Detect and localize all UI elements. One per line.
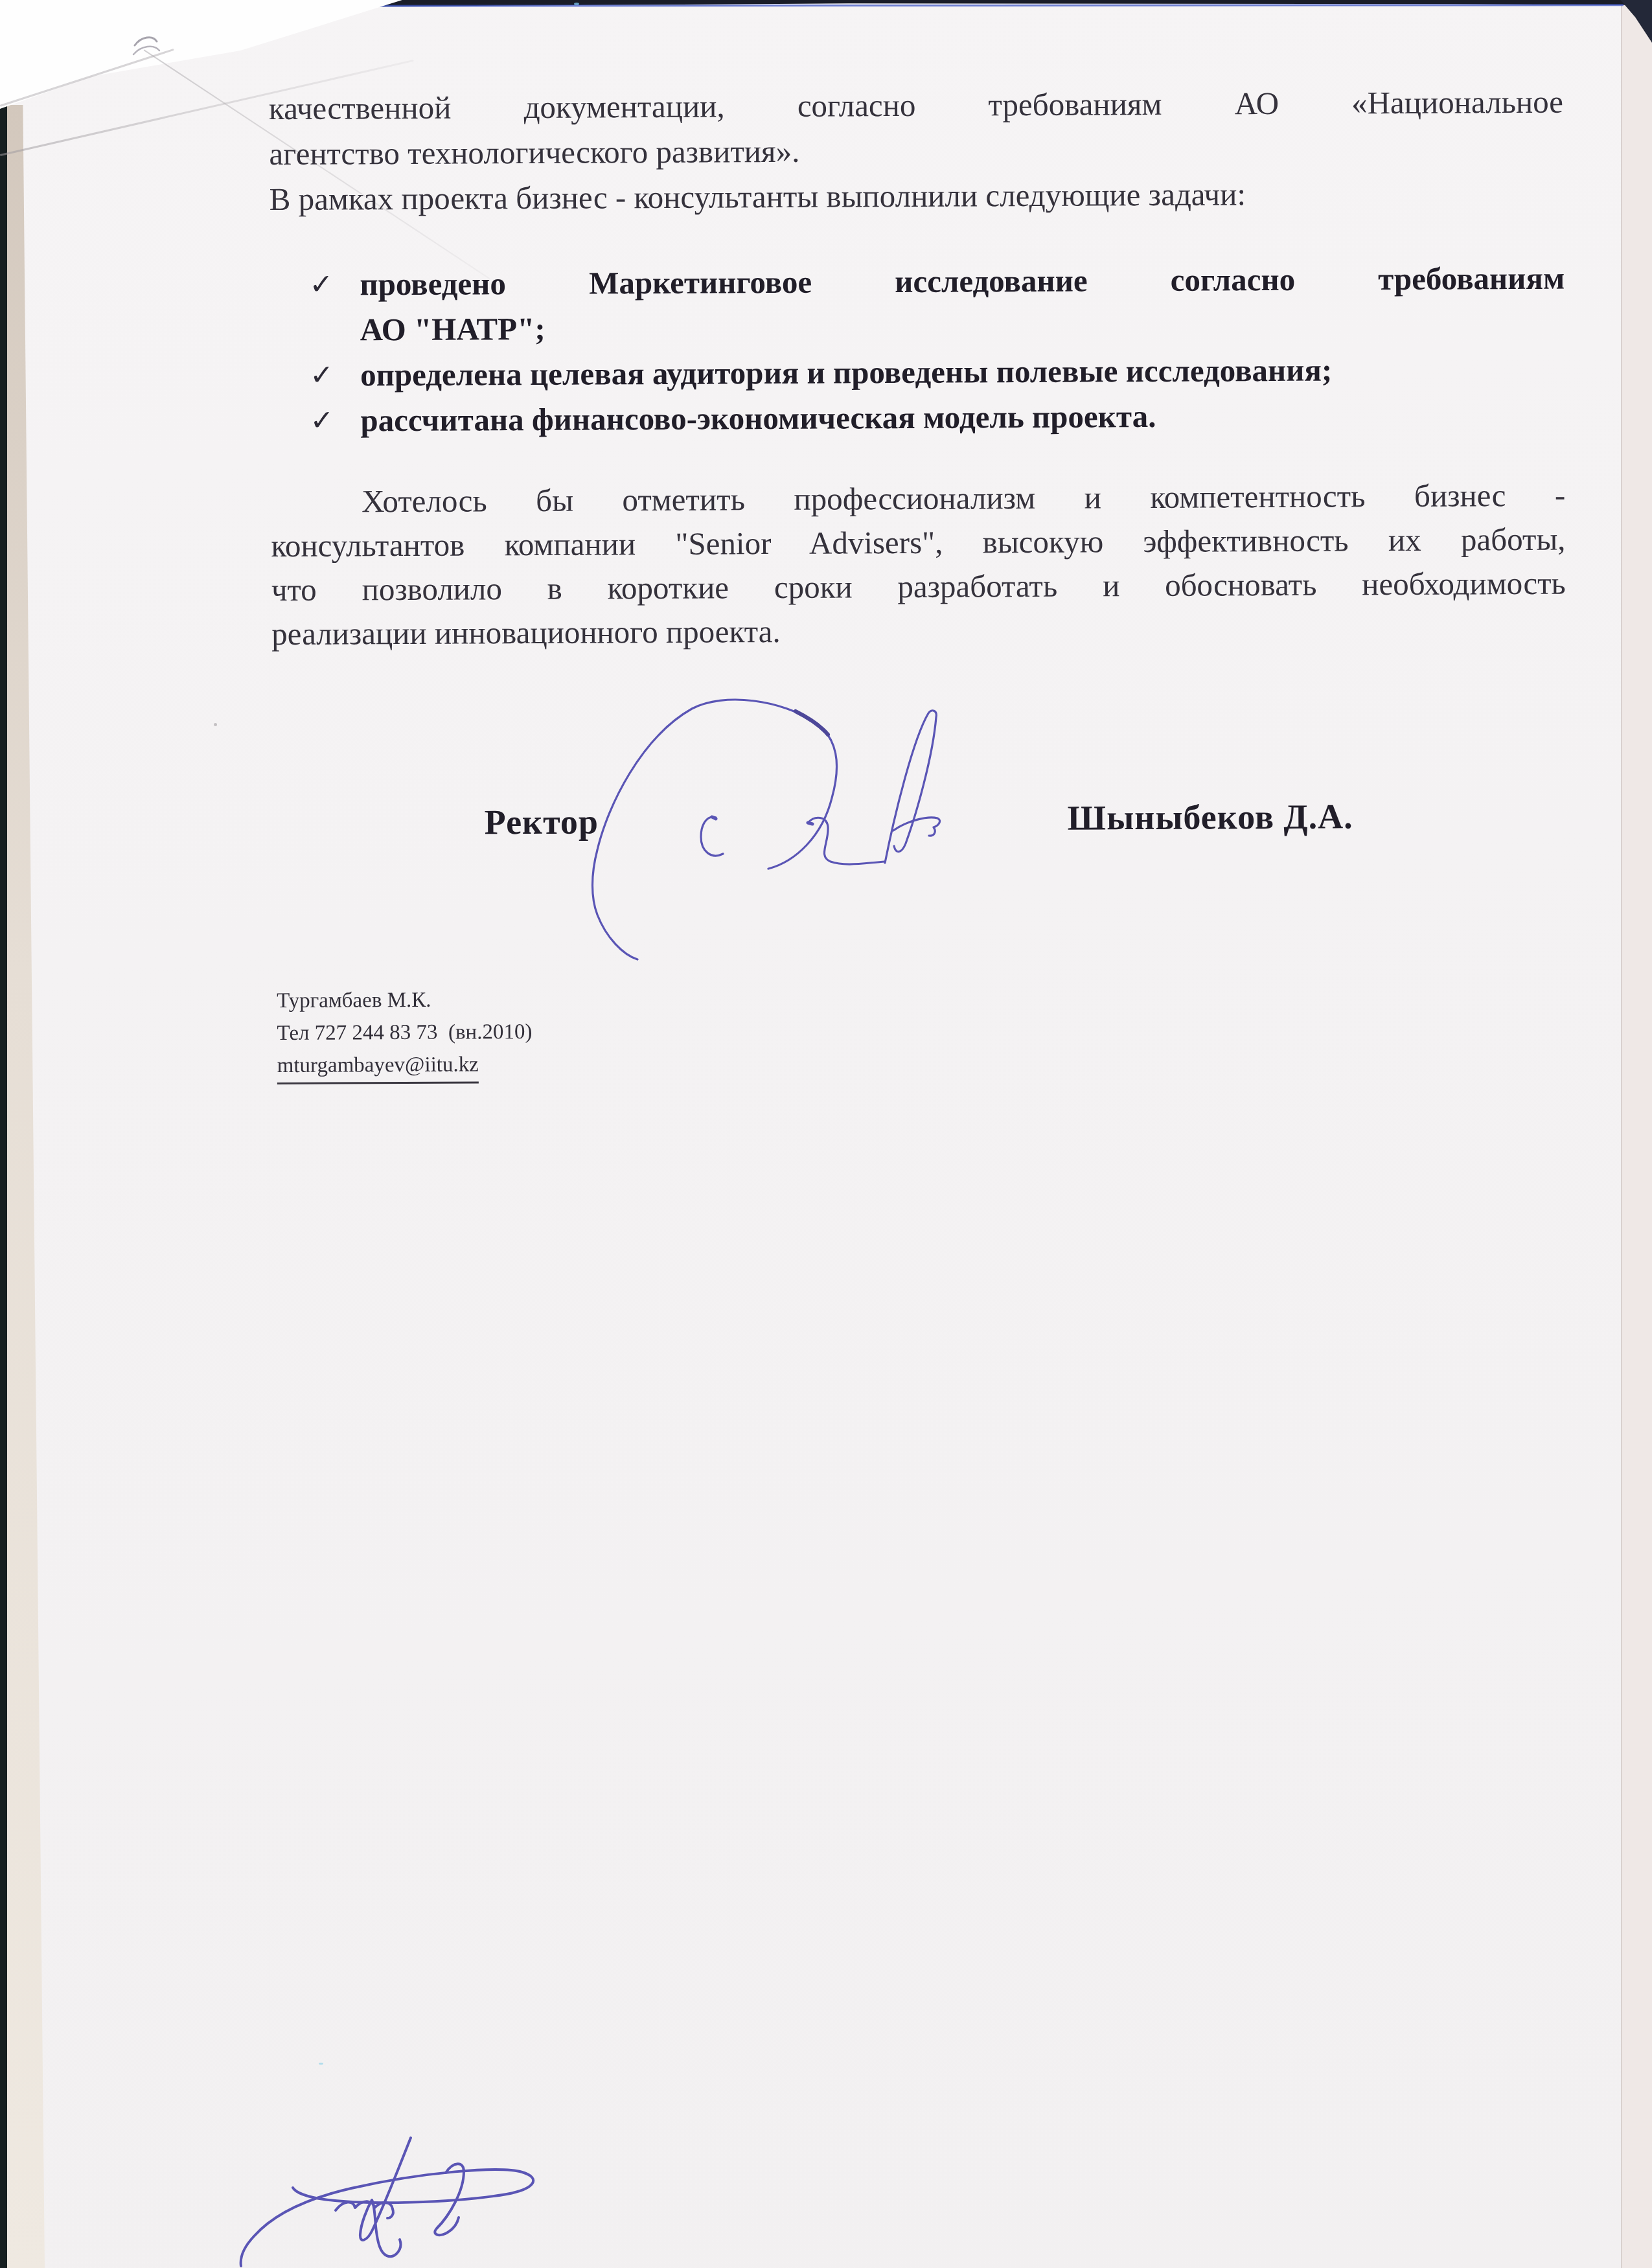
- task-text: АО "НАТР";: [360, 311, 545, 347]
- task-item-continuation: АО "НАТР";: [306, 301, 1565, 353]
- paragraph-line: консультантов компании "Senior Advisers"…: [271, 518, 1565, 568]
- contact-block: Тургамбаев М.К. Тел 727 244 83 73 (вн.20…: [277, 983, 533, 1084]
- scanned-letter-page: качественной документации, согласно треб…: [0, 0, 1652, 2268]
- paragraph-line: что позволило в короткие сроки разработа…: [271, 562, 1566, 612]
- task-item: ✓ рассчитана финансово-экономическая мод…: [306, 392, 1565, 444]
- paragraph-line: качественной документации, согласно треб…: [269, 80, 1563, 132]
- checkmark-icon: ✓: [309, 262, 333, 308]
- checkmark-icon: ✓: [310, 398, 334, 444]
- task-text: определена целевая аудитория и проведены…: [360, 352, 1332, 393]
- task-text: проведено Маркетинговое исследование сог…: [360, 260, 1565, 303]
- signatory-name: Шыныбеков Д.А.: [1068, 796, 1353, 838]
- secondary-signature-ink: [230, 2112, 593, 2268]
- tasks-checklist: ✓ проведено Маркетинговое исследование с…: [305, 256, 1565, 444]
- letter-body: качественной документации, согласно треб…: [0, 0, 1652, 2268]
- contact-email: mturgambayev@iitu.kz: [277, 1048, 479, 1084]
- rector-signature-ink: [557, 687, 946, 991]
- contact-name: Тургамбаев М.К.: [277, 983, 532, 1017]
- contact-phone: Тел 727 244 83 73 (вн.2010): [277, 1016, 532, 1049]
- task-text: рассчитана финансово-экономическая модел…: [360, 398, 1156, 438]
- checkmark-icon: ✓: [310, 353, 334, 398]
- paragraph-line: Хотелось бы отметить профессионализм и к…: [271, 474, 1565, 524]
- closing-paragraph: Хотелось бы отметить профессионализм и к…: [271, 474, 1566, 656]
- paragraph-line: реализации инновационного проекта.: [271, 606, 1566, 656]
- intro-paragraph: качественной документации, согласно треб…: [269, 80, 1564, 222]
- task-item: ✓ определена целевая аудитория и проведе…: [306, 347, 1565, 398]
- paragraph-line: агентство технологического развития».: [269, 125, 1563, 177]
- task-item: ✓ проведено Маркетинговое исследование с…: [305, 256, 1565, 308]
- paragraph-line: В рамках проекта бизнес - консультанты в…: [270, 170, 1564, 222]
